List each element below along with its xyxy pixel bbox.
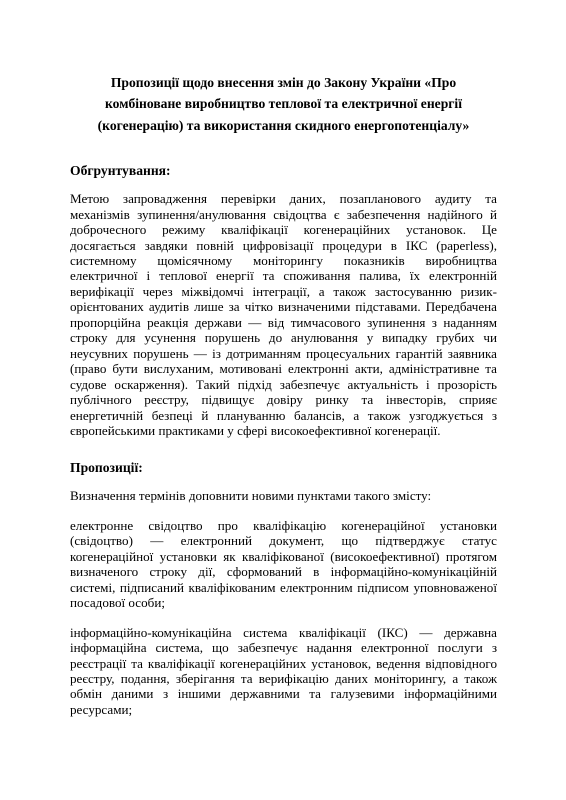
body-paragraph: електронне свідоцтво про кваліфікацію ко… (70, 518, 497, 611)
body-paragraph: інформаційно-комунікаційна система квалі… (70, 625, 497, 718)
document-page: Пропозиції щодо внесення змін до Закону … (0, 0, 566, 800)
section-proposals: Пропозиції: Визначення термінів доповнит… (70, 460, 497, 717)
section-justification: Обгрунтування: Метою запровадження перев… (70, 163, 497, 438)
body-paragraph: Метою запровадження перевірки даних, поз… (70, 191, 497, 438)
document-title: Пропозиції щодо внесення змін до Закону … (75, 72, 493, 136)
section-heading-proposals: Пропозиції: (70, 460, 497, 476)
body-paragraph: Визначення термінів доповнити новими пун… (70, 488, 497, 503)
section-heading-justification: Обгрунтування: (70, 163, 497, 179)
